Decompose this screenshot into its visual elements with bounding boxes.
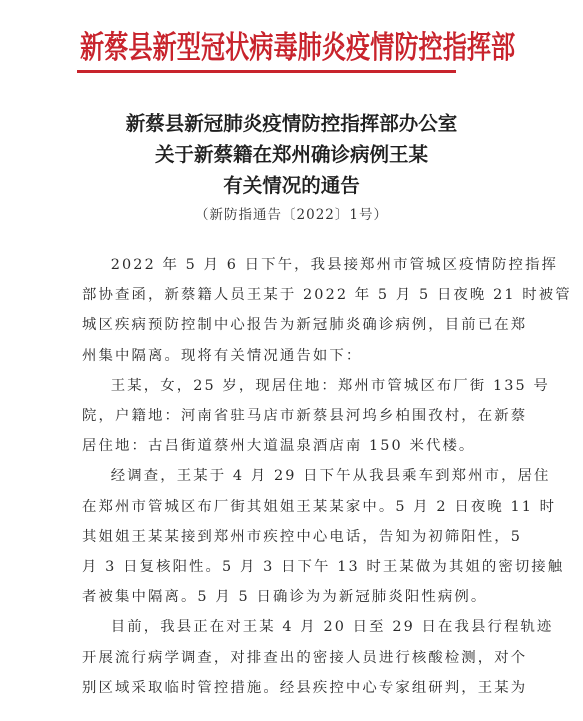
text-line: 其姐姐王某某接到郑州市疾控中心电话，告知为初筛阳性，5 [82, 522, 522, 552]
text-line: 经调查，王某于 4 月 29 日下午从我县乘车到郑州市，居住 [82, 461, 522, 491]
document-number: （新防指通告〔2022〕1号） [0, 203, 583, 223]
paragraph-1: 2022 年 5 月 6 日下午，我县接郑州市管城区疫情防控指挥 [82, 250, 522, 280]
masthead-red-rule [77, 70, 456, 73]
masthead-title: 新蔡县新型冠状病毒肺炎疫情防控指挥部 [80, 22, 501, 67]
text-line: 在郑州市管城区布厂街其姐姐王某某家中。5 月 2 日夜晚 11 时 [82, 492, 522, 522]
document-body: 2022 年 5 月 6 日下午，我县接郑州市管城区疫情防控指挥 部协查函，新蔡… [82, 250, 522, 703]
text-line: 州集中隔离。现将有关情况通告如下： [82, 341, 522, 371]
text-line: 月 3 日复核阳性。5 月 3 日下午 13 时王某做为其姐的密切接触 [82, 552, 522, 582]
text-line: 开展流行病学调查，对排查出的密接人员进行核酸检测，对个 [82, 643, 522, 673]
text-line: 者被集中隔离。5 月 5 日确诊为为新冠肺炎阳性病例。 [82, 582, 522, 612]
text-line: 王某，女，25 岁，现居住地：郑州市管城区布厂街 135 号 [82, 371, 522, 401]
text-line: 院，户籍地：河南省驻马店市新蔡县河坞乡柏围孜村，在新蔡 [82, 401, 522, 431]
paragraph-4: 目前，我县正在对王某 4 月 20 日至 29 日在我县行程轨迹 [82, 612, 522, 642]
text-line: 目前，我县正在对王某 4 月 20 日至 29 日在我县行程轨迹 [82, 612, 522, 642]
text-line: 部协查函，新蔡籍人员王某于 2022 年 5 月 5 日夜晚 21 时被管 [82, 280, 522, 310]
document-title-line-2: 关于新蔡籍在郑州确诊病例王某 [0, 139, 583, 167]
text-line: 别区域采取临时管控措施。经县疾控中心专家组研判，王某为 [82, 673, 522, 703]
paragraph-3: 经调查，王某于 4 月 29 日下午从我县乘车到郑州市，居住 [82, 461, 522, 491]
text-line: 居住地：古吕街道蔡州大道温泉酒店南 150 米代楼。 [82, 431, 522, 461]
text-line: 2022 年 5 月 6 日下午，我县接郑州市管城区疫情防控指挥 [82, 250, 522, 280]
paragraph-2: 王某，女，25 岁，现居住地：郑州市管城区布厂街 135 号 [82, 371, 522, 401]
document-title-line-3: 有关情况的通告 [0, 170, 583, 198]
text-line: 城区疾病预防控制中心报告为新冠肺炎确诊病例，目前已在郑 [82, 310, 522, 340]
document-title-line-1: 新蔡县新冠肺炎疫情防控指挥部办公室 [0, 108, 583, 136]
